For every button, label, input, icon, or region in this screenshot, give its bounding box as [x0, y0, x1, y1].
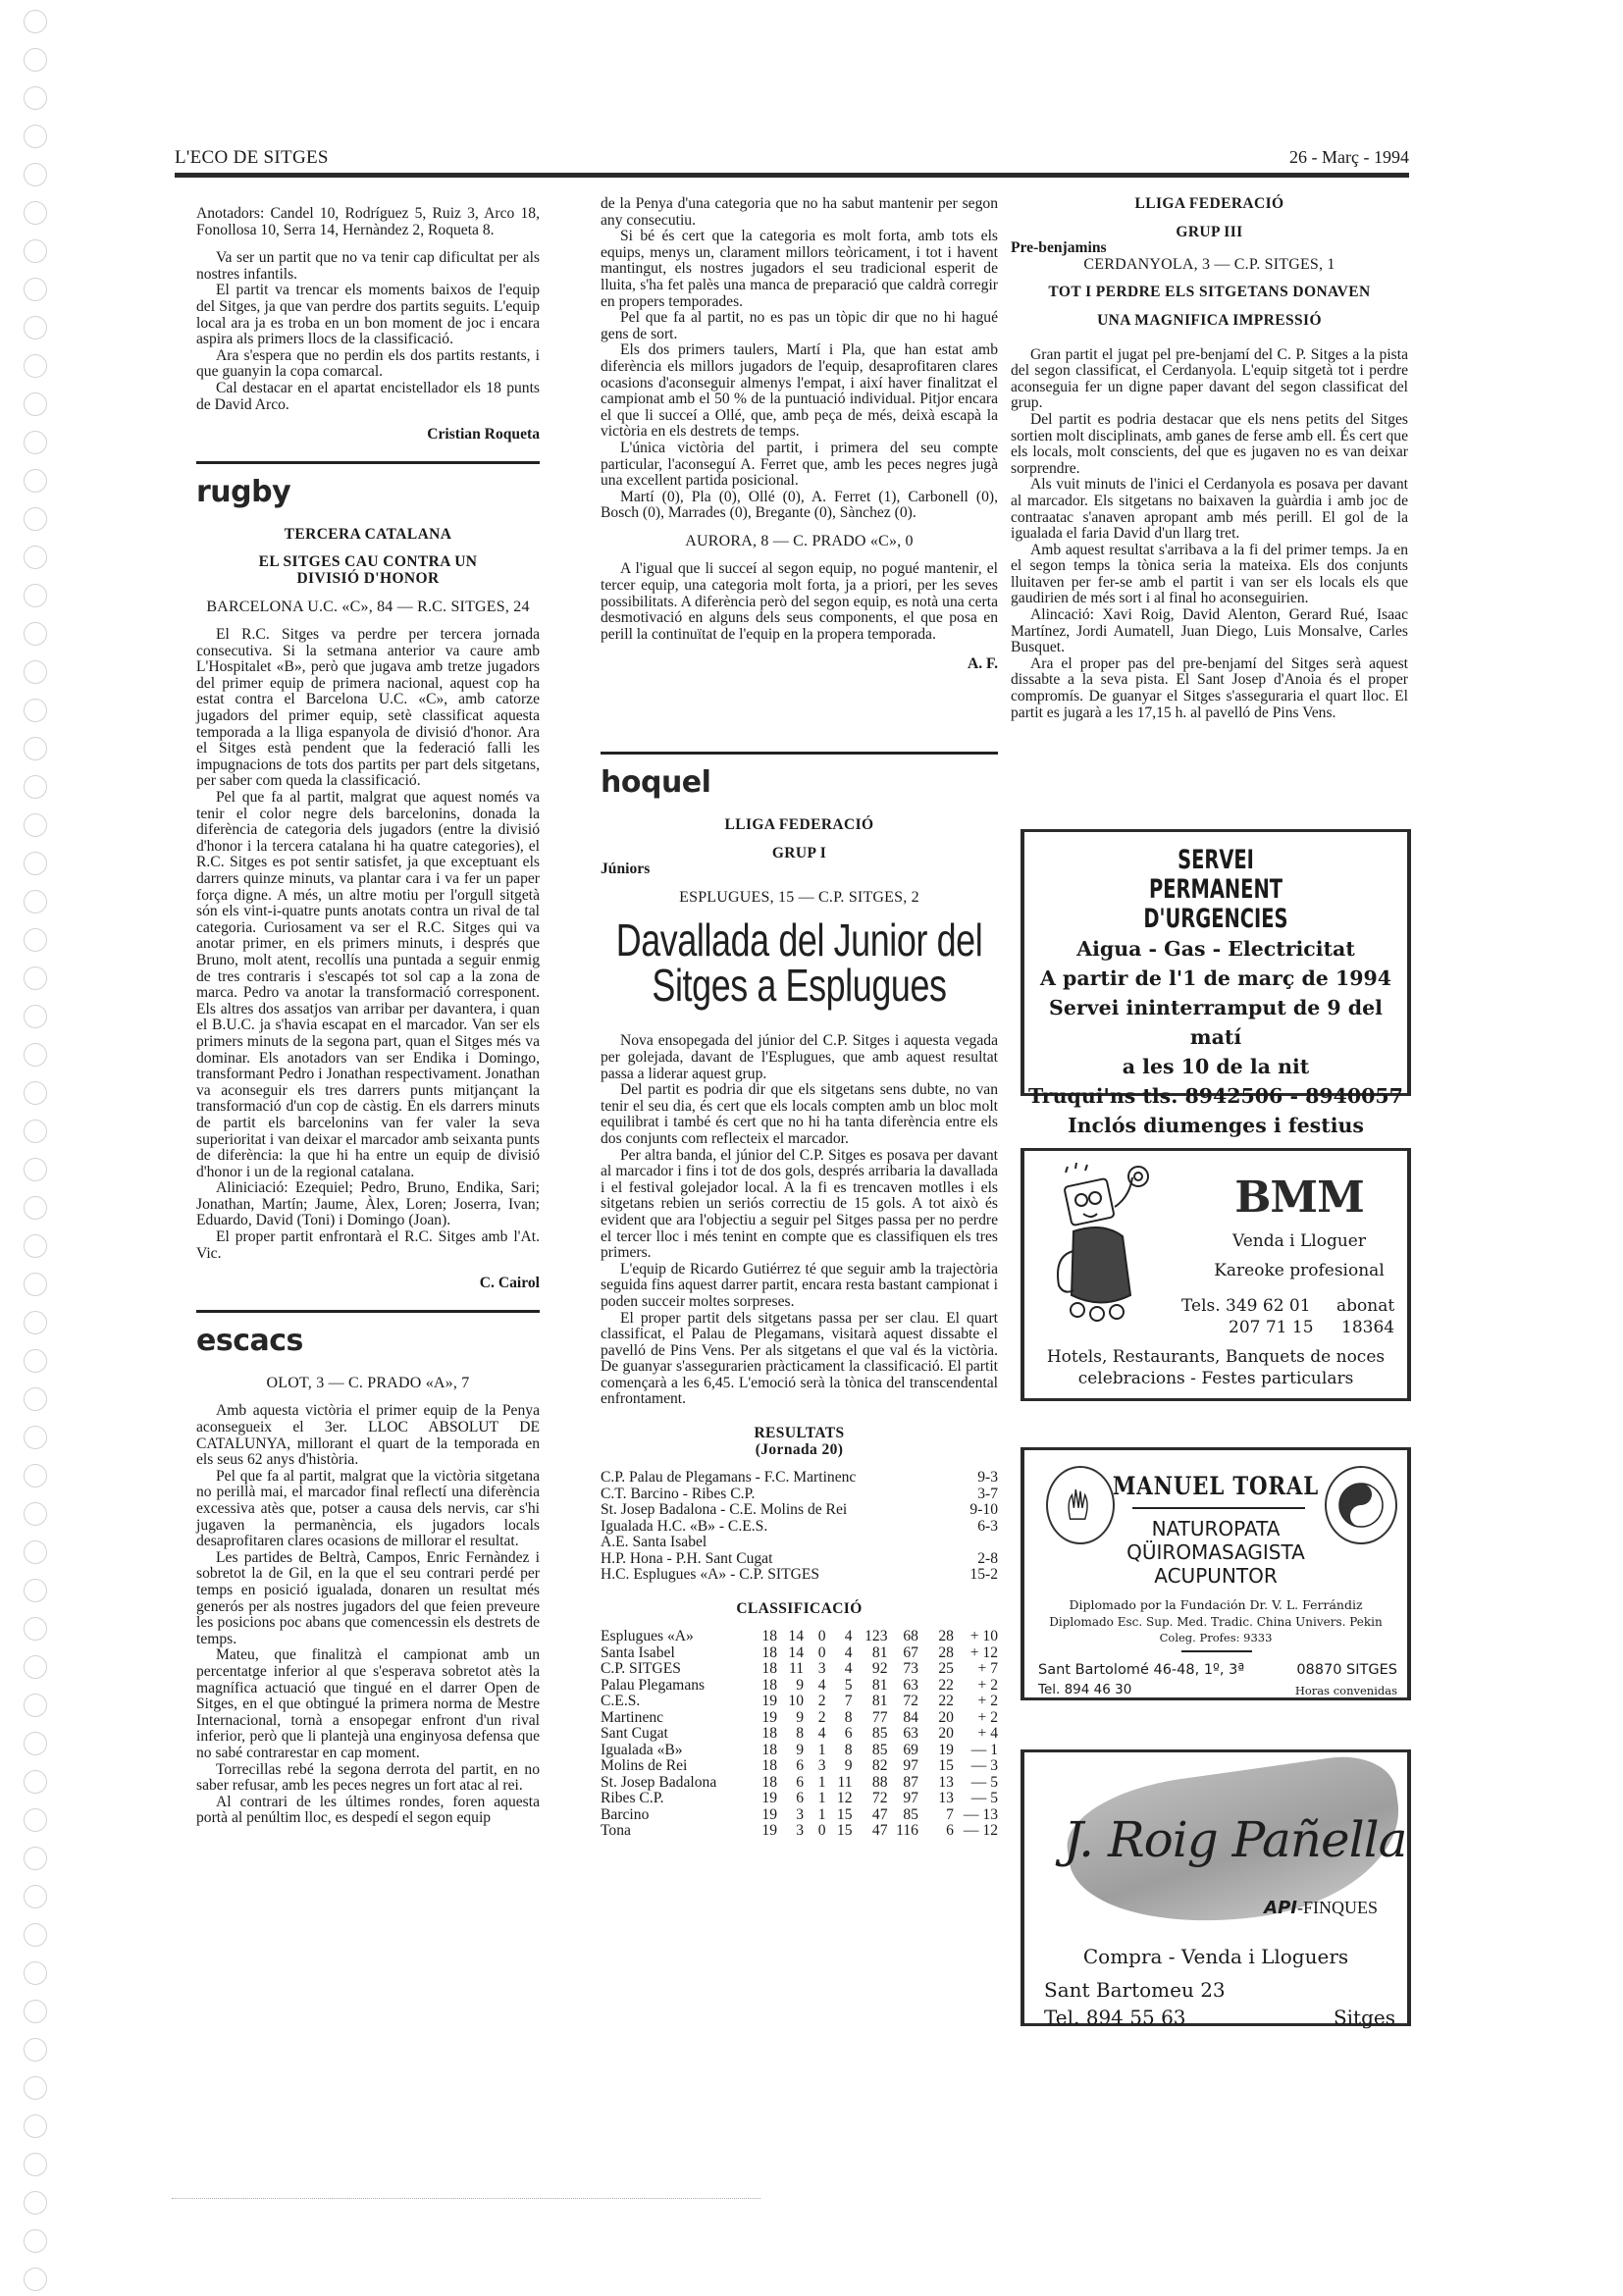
binding-hole	[24, 354, 47, 378]
binding-hole	[24, 86, 47, 110]
standings-gc: 72	[887, 1694, 917, 1710]
standings-pts: 20	[918, 1726, 954, 1743]
standings-pj: 18	[751, 1758, 777, 1775]
binding-hole	[24, 966, 47, 990]
ad-brand: J. Roig Pañella	[1064, 1811, 1406, 1868]
standings-row: Ribes C.P.196112729713— 5	[601, 1791, 998, 1807]
binding-hole	[24, 163, 47, 186]
standings-row: C.E.S.191027817222+ 2	[601, 1694, 998, 1710]
standings-gc: 67	[887, 1645, 917, 1662]
result-match: St. Josep Badalona - C.E. Molins de Rei	[601, 1502, 959, 1519]
standings-gc: 85	[887, 1807, 917, 1824]
ad-urgencies: SERVEI PERMANENT D'URGENCIES Aigua - Gas…	[1021, 829, 1411, 1096]
binding-hole	[24, 1808, 47, 1832]
result-score: 9-10	[959, 1502, 998, 1519]
result-row: A.E. Santa Isabel	[601, 1535, 998, 1551]
result-match: Igualada H.C. «B» - C.E.S.	[601, 1519, 959, 1536]
section-divider	[196, 1310, 540, 1313]
basket-scorers: Anotadors: Candel 10, Rodríguez 5, Ruiz …	[196, 206, 540, 238]
binding-hole	[24, 1961, 47, 1985]
article-paragraph: Alincació: Xavi Roig, David Alenton, Ger…	[1011, 607, 1408, 656]
standings-e: 3	[804, 1661, 826, 1678]
standings-table: Esplugues «A»1814041236828+ 10Santa Isab…	[601, 1629, 998, 1840]
ad-line: SERVEI	[1078, 846, 1354, 875]
ad-line: celebracions - Festes particulars	[1024, 1369, 1407, 1388]
standings-pj: 18	[751, 1775, 777, 1792]
binding-hole	[24, 1923, 47, 1947]
standings-g: 9	[777, 1710, 804, 1727]
standings-pts: 22	[918, 1694, 954, 1710]
result-row: H.C. Esplugues «A» - C.P. SITGES15-2	[601, 1567, 998, 1584]
column-right: LLIGA FEDERACIÓ GRUP III Pre-benjamins C…	[1011, 196, 1408, 721]
article-paragraph: Els dos primers taulers, Martí i Pla, qu…	[601, 342, 998, 441]
binding-hole	[24, 2191, 47, 2215]
standings-p: 11	[826, 1775, 853, 1792]
binding-hole	[24, 1234, 47, 1258]
ad-phone: Tel. 894 55 63	[1044, 2006, 1186, 2029]
standings-pj: 18	[751, 1645, 777, 1662]
binding-hole	[24, 699, 47, 722]
standings-row: C.P. SITGES181134927325+ 7	[601, 1661, 998, 1678]
result-score: 6-3	[959, 1519, 998, 1536]
binding-hole	[24, 1196, 47, 1220]
league-title: TERCERA CATALANA	[196, 527, 540, 544]
result-score: 3-7	[959, 1487, 998, 1503]
section-label-escacs: escacs	[196, 1325, 540, 1358]
binding-hole	[24, 660, 47, 684]
result-score: 9-3	[959, 1470, 998, 1487]
standings-g: 3	[777, 1807, 804, 1824]
article-paragraph: El proper partit enfrontarà el R.C. Sitg…	[196, 1229, 540, 1262]
results-table: C.P. Palau de Plegamans - F.C. Martinenc…	[601, 1470, 998, 1584]
standings-pts: 7	[918, 1807, 954, 1824]
article-paragraph: Va ser un partit que no va tenir cap dif…	[196, 250, 540, 283]
standings-diff: + 2	[954, 1710, 998, 1727]
article-paragraph: El partit va trencar els moments baixos …	[196, 283, 540, 347]
article-paragraph: Per altra banda, el júnior del C.P. Sitg…	[601, 1148, 998, 1262]
ad-phone: Tel. 894 46 30	[1038, 1682, 1131, 1697]
article-paragraph: Gran partit el jugat pel pre-benjamí del…	[1011, 347, 1408, 412]
standings-p: 6	[826, 1726, 853, 1743]
article-paragraph: Cal destacar en el apartat encistellador…	[196, 381, 540, 413]
standings-row: Santa Isabel181404816728+ 12	[601, 1645, 998, 1662]
binding-hole	[24, 1273, 47, 1296]
standings-pj: 18	[751, 1726, 777, 1743]
ad-line: Kareoke profesional	[1191, 1261, 1407, 1280]
ad-roig-panella: J. Roig Pañella API-FINQUES Compra - Ven…	[1021, 1749, 1411, 2026]
ad-divider	[1181, 1650, 1252, 1652]
standings-pj: 19	[751, 1694, 777, 1710]
binding-hole	[24, 469, 47, 493]
standings-team: Igualada «B»	[601, 1743, 751, 1759]
binding-hole	[24, 1617, 47, 1641]
standings-row: Palau Plegamans18945816322+ 2	[601, 1678, 998, 1695]
binding-hole	[24, 1158, 47, 1181]
standings-gc: 87	[887, 1775, 917, 1792]
binding-hole	[24, 1732, 47, 1755]
standings-gf: 81	[853, 1694, 888, 1710]
ad-address: Sant Bartolomé 46-48, 1º, 3ª	[1038, 1662, 1244, 1678]
result-row: H.P. Hona - P.H. Sant Cugat2-8	[601, 1551, 998, 1568]
standings-gc: 68	[887, 1629, 917, 1645]
match-score: AURORA, 8 — C. PRADO «C», 0	[601, 534, 998, 550]
standings-gf: 88	[853, 1775, 888, 1792]
binding-hole	[24, 546, 47, 569]
standings-pts: 22	[918, 1678, 954, 1695]
standings-team: Esplugues «A»	[601, 1629, 751, 1645]
result-score: 15-2	[959, 1567, 998, 1584]
standings-title: CLASSIFICACIÓ	[601, 1601, 998, 1618]
standings-row: Sant Cugat18846856320+ 4	[601, 1726, 998, 1743]
standings-pts: 28	[918, 1645, 954, 1662]
article-paragraph: Amb aquesta victòria el primer equip de …	[196, 1403, 540, 1468]
standings-p: 5	[826, 1678, 853, 1695]
match-score: OLOT, 3 — C. PRADO «A», 7	[196, 1376, 540, 1392]
standings-e: 1	[804, 1791, 826, 1807]
binding-hole	[24, 2000, 47, 2023]
article-paragraph: Del partit es podria destacar que els ne…	[1011, 412, 1408, 477]
standings-e: 2	[804, 1710, 826, 1727]
standings-p: 8	[826, 1710, 853, 1727]
article-paragraph: L'equip de Ricardo Gutiérrez té que segu…	[601, 1262, 998, 1311]
ad-line: Compra - Venda i Lloguers	[1024, 1945, 1407, 1968]
standings-pts: 25	[918, 1661, 954, 1678]
standings-team: Martinenc	[601, 1710, 751, 1727]
binding-hole	[24, 852, 47, 875]
standings-pts: 13	[918, 1775, 954, 1792]
article-paragraph: Torrecillas rebé la segona derrota del p…	[196, 1762, 540, 1795]
ad-line: Servei ininterramput de 9 del matí	[1024, 993, 1407, 1052]
standings-team: Sant Cugat	[601, 1726, 751, 1743]
binding-hole	[24, 1081, 47, 1105]
ad-line: a les 10 de la nit	[1024, 1052, 1407, 1081]
results-subtitle: (Jornada 20)	[601, 1442, 998, 1459]
standings-diff: + 4	[954, 1726, 998, 1743]
standings-gf: 85	[853, 1726, 888, 1743]
standings-g: 10	[777, 1694, 804, 1710]
standings-row: Barcino19311547857— 13	[601, 1807, 998, 1824]
ad-phone: Truqui'ns tls. 8942506 - 8940057	[1024, 1081, 1407, 1111]
article-paragraph: Les partides de Beltrà, Campos, Enric Fe…	[196, 1550, 540, 1648]
standings-diff: + 7	[954, 1661, 998, 1678]
ad-line: Diplomado Esc. Sup. Med. Tradic. China U…	[1024, 1615, 1407, 1629]
standings-team: Barcino	[601, 1807, 751, 1824]
article-paragraph: Martí (0), Pla (0), Ollé (0), A. Ferret …	[601, 490, 998, 522]
binding-hole	[24, 2229, 47, 2253]
standings-gf: 82	[853, 1758, 888, 1775]
author-byline: Cristian Roqueta	[196, 427, 540, 444]
article-headline-line2: UNA MAGNIFICA IMPRESSIÓ	[1011, 313, 1408, 330]
standings-e: 0	[804, 1629, 826, 1645]
scan-artifact	[172, 2198, 760, 2200]
column-middle: de la Penya d'una categoria que no ha sa…	[601, 196, 998, 1840]
ad-line: QÜIROMASAGISTA	[1024, 1540, 1407, 1564]
binding-hole	[24, 316, 47, 339]
ad-brand: BMM	[1201, 1173, 1397, 1223]
result-match: H.C. Esplugues «A» - C.P. SITGES	[601, 1567, 959, 1584]
main-headline-line1: Davallada del Junior del	[599, 917, 1001, 963]
standings-g: 14	[777, 1645, 804, 1662]
standings-gc: 84	[887, 1710, 917, 1727]
standings-p: 4	[826, 1629, 853, 1645]
article-paragraph: El R.C. Sitges va perdre per tercera jor…	[196, 627, 540, 790]
binding-hole	[24, 775, 47, 799]
binding-hole	[24, 622, 47, 646]
binding-hole	[24, 1043, 47, 1067]
standings-pts: 20	[918, 1710, 954, 1727]
section-divider	[196, 461, 540, 464]
article-paragraph: Mateu, que finalitzà el campionat amb un…	[196, 1647, 540, 1761]
article-paragraph: Ara el proper pas del pre-benjamí del Si…	[1011, 656, 1408, 721]
binding-hole	[24, 239, 47, 263]
standings-pj: 18	[751, 1678, 777, 1695]
standings-pj: 18	[751, 1629, 777, 1645]
binding-hole	[24, 392, 47, 416]
ad-city: Sitges	[1334, 2006, 1395, 2029]
group-title: GRUP I	[601, 846, 998, 862]
api-finques-logo: API-FINQUES	[1264, 1898, 1378, 1918]
standings-e: 0	[804, 1823, 826, 1840]
ad-line: Venda i Lloguer	[1191, 1231, 1407, 1251]
standings-gf: 47	[853, 1823, 888, 1840]
binding-hole	[24, 1655, 47, 1679]
binding-hole	[24, 10, 47, 33]
binding-hole	[24, 1885, 47, 1908]
article-paragraph: Del partit es podria dir que els sitgeta…	[601, 1082, 998, 1147]
standings-row: Martinenc19928778420+ 2	[601, 1710, 998, 1727]
api-label: API	[1264, 1898, 1297, 1918]
ad-line: abonat	[1336, 1296, 1394, 1316]
results-title: RESULTATS	[601, 1426, 998, 1442]
standings-e: 1	[804, 1743, 826, 1759]
binding-hole	[24, 1464, 47, 1487]
article-paragraph: L'única victòria del partit, i primera d…	[601, 441, 998, 490]
standings-diff: — 1	[954, 1743, 998, 1759]
standings-g: 14	[777, 1629, 804, 1645]
author-byline: A. F.	[601, 656, 998, 673]
standings-team: C.P. SITGES	[601, 1661, 751, 1678]
standings-gf: 81	[853, 1678, 888, 1695]
ad-address: Sant Bartomeu 23	[1044, 1978, 1226, 2002]
standings-diff: — 12	[954, 1823, 998, 1840]
standings-row: Igualada «B»18918856919— 1	[601, 1743, 998, 1759]
result-row: C.T. Barcino - Ribes C.P.3-7	[601, 1487, 998, 1503]
ad-line: ACUPUNTOR	[1024, 1564, 1407, 1588]
standings-g: 8	[777, 1726, 804, 1743]
article-paragraph: Amb aquest resultat s'arribava a la fi d…	[1011, 543, 1408, 607]
standings-p: 15	[826, 1823, 853, 1840]
article-paragraph: Pel que fa al partit, malgrat que aquest…	[196, 790, 540, 1180]
binding-hole	[24, 2153, 47, 2176]
article-paragraph: Ara s'espera que no perdin els dos parti…	[196, 348, 540, 381]
standings-team: Tona	[601, 1823, 751, 1840]
binding-hole	[24, 1120, 47, 1143]
standings-diff: + 10	[954, 1629, 998, 1645]
article-headline-line1: TOT I PERDRE ELS SITGETANS DONAVEN	[1011, 285, 1408, 301]
standings-team: Palau Plegamans	[601, 1678, 751, 1695]
standings-p: 12	[826, 1791, 853, 1807]
ad-manuel-toral: MANUEL TORAL NATUROPATA QÜIROMASAGISTA A…	[1021, 1447, 1411, 1700]
binding-hole	[24, 48, 47, 72]
result-match: A.E. Santa Isabel	[601, 1535, 959, 1551]
ad-line: A partir de l'1 de març de 1994	[1024, 964, 1407, 993]
ad-phone: Tels. 349 62 01	[1181, 1296, 1311, 1316]
ad-city: 08870 SITGES	[1296, 1662, 1397, 1678]
binding-hole	[24, 1540, 47, 1564]
author-byline: C. Cairol	[196, 1276, 540, 1292]
binding-hole	[24, 125, 47, 148]
article-paragraph: Aliniciació: Ezequiel; Pedro, Bruno, End…	[196, 1180, 540, 1229]
standings-gc: 63	[887, 1678, 917, 1695]
result-match: H.P. Hona - P.H. Sant Cugat	[601, 1551, 959, 1568]
ad-line: Coleg. Profes: 9333	[1024, 1631, 1407, 1644]
standings-g: 9	[777, 1743, 804, 1759]
standings-g: 6	[777, 1758, 804, 1775]
standings-gc: 116	[887, 1823, 917, 1840]
standings-pj: 19	[751, 1791, 777, 1807]
ad-bmm: BMM Venda i Lloguer Kareoke profesional …	[1021, 1148, 1411, 1401]
binding-hole	[24, 507, 47, 531]
binding-hole	[24, 1847, 47, 1870]
standings-p: 7	[826, 1694, 853, 1710]
standings-diff: — 5	[954, 1775, 998, 1792]
standings-p: 15	[826, 1807, 853, 1824]
ad-line: 18364	[1341, 1318, 1394, 1337]
standings-pts: 13	[918, 1791, 954, 1807]
standings-gc: 63	[887, 1726, 917, 1743]
standings-g: 6	[777, 1791, 804, 1807]
standings-pj: 18	[751, 1661, 777, 1678]
standings-gf: 72	[853, 1791, 888, 1807]
standings-p: 4	[826, 1661, 853, 1678]
standings-e: 4	[804, 1678, 826, 1695]
standings-pts: 15	[918, 1758, 954, 1775]
category-label: Pre-benjamins	[1011, 240, 1408, 257]
standings-diff: + 12	[954, 1645, 998, 1662]
standings-pts: 28	[918, 1629, 954, 1645]
standings-g: 11	[777, 1661, 804, 1678]
section-label-hoquei: hoquel	[601, 766, 998, 800]
binding-hole	[24, 1349, 47, 1373]
standings-gc: 69	[887, 1743, 917, 1759]
standings-diff: — 5	[954, 1791, 998, 1807]
standings-pj: 19	[751, 1823, 777, 1840]
standings-e: 4	[804, 1726, 826, 1743]
article-paragraph: Pel que fa al partit, malgrat que la vic…	[196, 1469, 540, 1550]
standings-pj: 18	[751, 1743, 777, 1759]
article-paragraph: El proper partit dels sitgetans passa pe…	[601, 1311, 998, 1409]
binding-hole	[24, 1694, 47, 1717]
header-rule	[175, 173, 1409, 178]
standings-e: 0	[804, 1645, 826, 1662]
article-paragraph: Pel que fa al partit, no es pas un tòpic…	[601, 310, 998, 342]
binding-hole	[24, 2114, 47, 2138]
standings-diff: + 2	[954, 1694, 998, 1710]
article-paragraph: A l'igual que li succeí al segon equip, …	[601, 561, 998, 643]
match-score: CERDANYOLA, 3 — C.P. SITGES, 1	[1011, 257, 1408, 274]
binding-hole	[24, 584, 47, 607]
standings-e: 3	[804, 1758, 826, 1775]
result-row: C.P. Palau de Plegamans - F.C. Martinenc…	[601, 1470, 998, 1487]
standings-pj: 19	[751, 1807, 777, 1824]
spiral-binding	[22, 0, 51, 2296]
result-score: 2-8	[959, 1551, 998, 1568]
column-left: Anotadors: Candel 10, Rodríguez 5, Ruiz …	[196, 206, 540, 1827]
ad-line: Hotels, Restaurants, Banquets de noces	[1024, 1347, 1407, 1367]
standings-gc: 97	[887, 1758, 917, 1775]
standings-team: St. Josep Badalona	[601, 1775, 751, 1792]
binding-hole	[24, 1387, 47, 1411]
ad-line: PERMANENT D'URGENCIES	[1078, 875, 1354, 934]
binding-hole	[24, 2268, 47, 2291]
section-divider	[601, 752, 998, 755]
standings-pts: 6	[918, 1823, 954, 1840]
binding-hole	[24, 201, 47, 225]
ad-line: Inclós diumenges i festius	[1024, 1111, 1407, 1140]
standings-diff: — 3	[954, 1758, 998, 1775]
binding-hole	[24, 2076, 47, 2100]
standings-pj: 19	[751, 1710, 777, 1727]
ad-line: Diplomado por la Fundación Dr. V. L. Fer…	[1024, 1597, 1407, 1612]
standings-g: 9	[777, 1678, 804, 1695]
standings-gf: 77	[853, 1710, 888, 1727]
match-score: ESPLUGUES, 15 — C.P. SITGES, 2	[601, 890, 998, 907]
result-score	[959, 1535, 998, 1551]
ad-divider	[1132, 1507, 1305, 1509]
standings-gf: 47	[853, 1807, 888, 1824]
publication-title: L'ECO DE SITGES	[175, 147, 329, 169]
article-paragraph: de la Penya d'una categoria que no ha sa…	[601, 196, 998, 229]
standings-p: 8	[826, 1743, 853, 1759]
ad-line: Horas convenidas	[1295, 1684, 1397, 1697]
standings-team: Ribes C.P.	[601, 1791, 751, 1807]
ad-line: NATUROPATA	[1024, 1517, 1407, 1540]
main-headline-line2: Sitges a Esplugues	[599, 963, 1001, 1008]
binding-hole	[24, 431, 47, 454]
standings-team: C.E.S.	[601, 1694, 751, 1710]
article-paragraph: Nova ensopegada del júnior del C.P. Sitg…	[601, 1033, 998, 1082]
finques-label: -FINQUES	[1297, 1898, 1378, 1917]
standings-e: 1	[804, 1775, 826, 1792]
binding-hole	[24, 1502, 47, 1526]
standings-p: 4	[826, 1645, 853, 1662]
binding-hole	[24, 1770, 47, 1794]
standings-gf: 123	[853, 1629, 888, 1645]
standings-row: Tona193015471166— 12	[601, 1823, 998, 1840]
binding-hole	[24, 737, 47, 760]
karaoke-robot-icon	[1046, 1163, 1164, 1330]
standings-gf: 81	[853, 1645, 888, 1662]
category-label: Júniors	[601, 861, 998, 878]
standings-gf: 92	[853, 1661, 888, 1678]
group-title: GRUP III	[1011, 225, 1408, 241]
standings-row: Molins de Rei18639829715— 3	[601, 1758, 998, 1775]
issue-date: 26 - Març - 1994	[1289, 147, 1409, 168]
binding-hole	[24, 890, 47, 913]
binding-hole	[24, 1426, 47, 1449]
binding-hole	[24, 1579, 47, 1602]
standings-diff: + 2	[954, 1678, 998, 1695]
binding-hole	[24, 2038, 47, 2061]
standings-gc: 97	[887, 1791, 917, 1807]
standings-g: 3	[777, 1823, 804, 1840]
article-paragraph: Si bé és cert que la categoria es molt f…	[601, 229, 998, 310]
result-match: C.P. Palau de Plegamans - F.C. Martinenc	[601, 1470, 959, 1487]
result-match: C.T. Barcino - Ribes C.P.	[601, 1487, 959, 1503]
binding-hole	[24, 1311, 47, 1334]
binding-hole	[24, 813, 47, 837]
binding-hole	[24, 928, 47, 952]
